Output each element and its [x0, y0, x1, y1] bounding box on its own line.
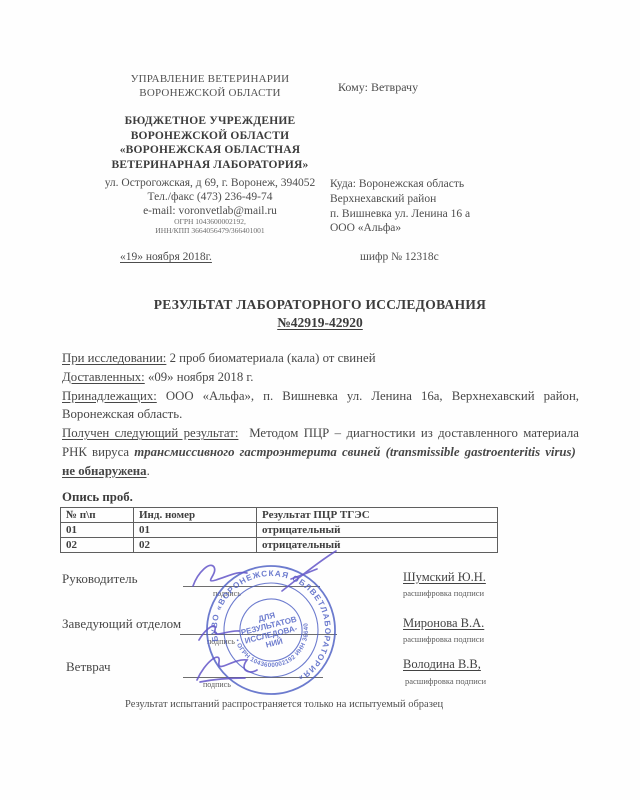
round-stamp: БУВО «ВОРОНЕЖСКАЯ ОБЛВЕТЛАБОРАТОРИЯ» • О… [186, 545, 356, 715]
scanned-document: УПРАВЛЕНИЕ ВЕТЕРИНАРИИ ВОРОНЕЖСКОЙ ОБЛАС… [0, 0, 640, 800]
result-conclusion: не обнаружена [62, 464, 147, 478]
org-line: ВЕТЕРИНАРНАЯ ЛАБОРАТОРИЯ» [55, 158, 365, 173]
research-line: При исследовании: 2 проб биоматериала (к… [62, 349, 579, 368]
research-label: При исследовании: [62, 351, 166, 365]
org-line: «ВОРОНЕЖСКАЯ ОБЛАСТНАЯ [55, 143, 365, 158]
stamp-center-text: ДЛЯ РЕЗУЛЬТАТОВ ИССЛЕДОВА- НИЙ [238, 605, 304, 654]
signature-name-director: Шумский Ю.Н. [403, 570, 486, 585]
cell-number: 01 [61, 523, 134, 538]
col-header-ind-number: Инд. номер [134, 508, 257, 523]
result-period: . [147, 464, 150, 478]
cell-result: отрицательный [257, 523, 498, 538]
document-number-text: №42919-42920 [277, 315, 363, 330]
research-value: 2 проб биоматериала (кала) от свиней [170, 351, 376, 365]
cipher-number: шифр № 12318с [360, 251, 439, 263]
col-header-result: Результат ПЦР ТГЭС [257, 508, 498, 523]
belongs-label: Принадлежащих: [62, 389, 157, 403]
document-date: «19» ноября 2018г. [120, 251, 212, 263]
org-address: ул. Острогожская, д 69, г. Воронеж, 3940… [55, 176, 365, 190]
table-header-row: № п\п Инд. номер Результат ПЦР ТГЭС [61, 508, 498, 523]
recipient-address-line: ООО «Альфа» [330, 221, 470, 236]
delivered-line: Доставленных: «09» ноября 2018 г. [62, 368, 579, 387]
org-line: БЮДЖЕТНОЕ УЧРЕЖДЕНИЕ [55, 114, 365, 129]
organization-name: БЮДЖЕТНОЕ УЧРЕЖДЕНИЕ ВОРОНЕЖСКОЙ ОБЛАСТИ… [55, 114, 365, 172]
org-inn-kpp: ИНН/КПП 3664056479/366401001 [55, 227, 365, 236]
signature-decode-label: расшифровка подписи [403, 588, 484, 598]
signature-decode-label: расшифровка подписи [403, 634, 484, 644]
delivered-value: «09» ноября 2018 г. [148, 370, 253, 384]
recipient-to: Кому: Ветврачу [338, 80, 418, 95]
result-label: Получен следующий результат: [62, 426, 238, 440]
signature-name-head-of-dept: Миронова В.А. [403, 616, 484, 631]
result-virus-name: трансмиссивного гастроэнтерита свиней (t… [134, 445, 576, 459]
col-header-number: № п\п [61, 508, 134, 523]
department-line: ВОРОНЕЖСКОЙ ОБЛАСТИ [55, 87, 365, 101]
signature-decode-label: расшифровка подписи [405, 676, 486, 686]
recipient-address-line: Верхнехавский район [330, 192, 470, 207]
table-row: 01 01 отрицательный [61, 523, 498, 538]
belongs-line: Принадлежащих: ООО «Альфа», п. Вишневка … [62, 387, 579, 425]
signature-role-vet: Ветврач [66, 659, 111, 675]
department-name: УПРАВЛЕНИЕ ВЕТЕРИНАРИИ ВОРОНЕЖСКОЙ ОБЛАС… [55, 73, 365, 100]
result-line: Получен следующий результат: Методом ПЦР… [62, 424, 579, 480]
org-registration-numbers: ОГРН 1043600002192, ИНН/КПП 3664056479/3… [55, 218, 365, 235]
signature-role-head-of-dept: Заведующий отделом [62, 616, 181, 632]
recipient-address: Куда: Воронежская область Верхнехавский … [330, 177, 470, 236]
signature-name-vet: Володина В.В, [403, 657, 481, 672]
signature-role-director: Руководитель [62, 571, 138, 587]
document-title: РЕЗУЛЬТАТ ЛАБОРАТОРНОГО ИССЛЕДОВАНИЯ [0, 297, 640, 313]
org-email: e-mail: voronvetlab@mail.ru [55, 204, 365, 218]
svg-text:• ОГРН 1043600002192 ИНН 3664: • ОГРН 1043600002192 ИНН 3664056479 • [186, 545, 318, 689]
org-line: ВОРОНЕЖСКОЙ ОБЛАСТИ [55, 129, 365, 144]
department-line: УПРАВЛЕНИЕ ВЕТЕРИНАРИИ [55, 73, 365, 87]
recipient-address-line: п. Вишневка ул. Ленина 16 а [330, 207, 470, 222]
inventory-heading: Опись проб. [62, 490, 133, 505]
cell-number: 02 [61, 538, 134, 553]
org-contacts: ул. Острогожская, д 69, г. Воронеж, 3940… [55, 176, 365, 218]
recipient-address-line: Куда: Воронежская область [330, 177, 470, 192]
document-body: При исследовании: 2 проб биоматериала (к… [62, 349, 579, 481]
cell-ind-number: 01 [134, 523, 257, 538]
document-number: №42919-42920 [0, 315, 640, 331]
org-phone: Тел./факс (473) 236-49-74 [55, 190, 365, 204]
stamp-inner-ring-text: • ОГРН 1043600002192 ИНН 3664056479 • [186, 545, 318, 689]
delivered-label: Доставленных: [62, 370, 145, 384]
